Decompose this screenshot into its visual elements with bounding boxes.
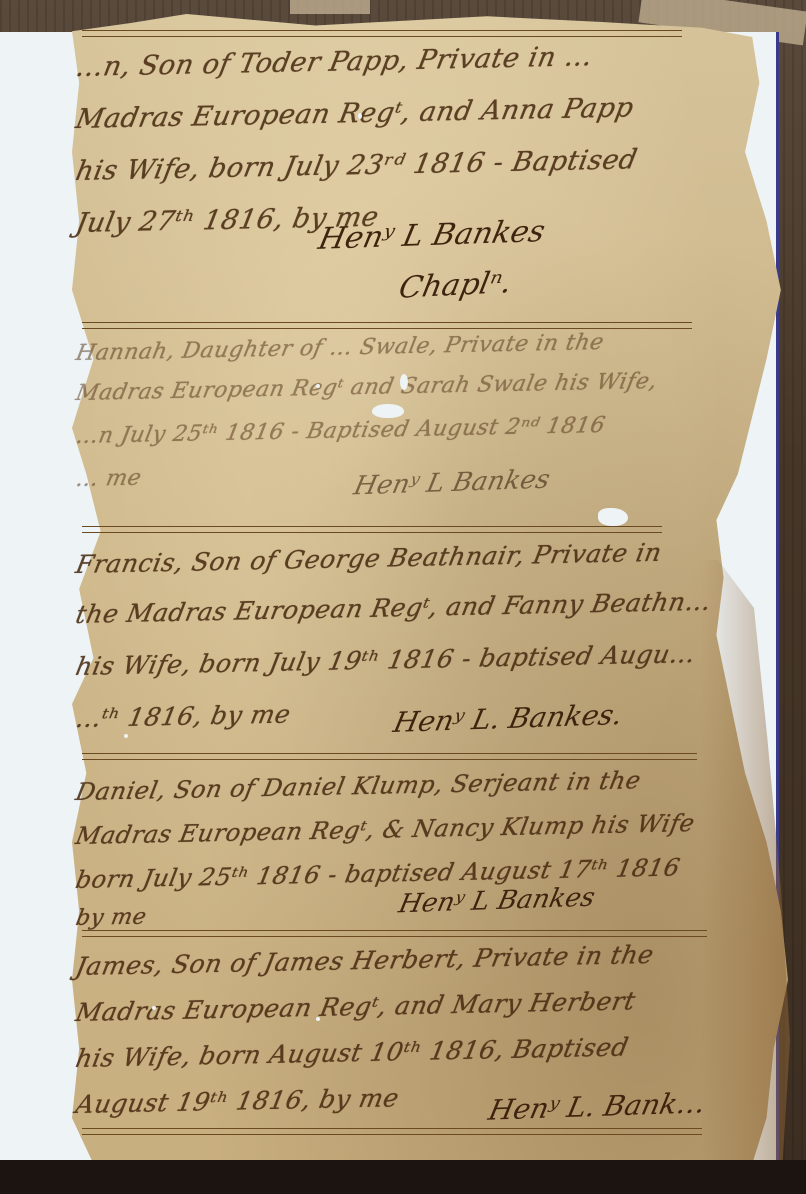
paper-hole [316, 384, 320, 388]
rule-line-5 [82, 1128, 702, 1135]
paper-hole [152, 1006, 156, 1010]
paper-hole [372, 404, 404, 418]
paper-hole [598, 508, 628, 526]
paper-hole [316, 1017, 320, 1021]
paper-hole [358, 113, 362, 119]
entry-1-chaplain-title: Chaplⁿ. [396, 265, 515, 306]
paper-hole [124, 734, 128, 738]
table-edge-shadow [0, 1160, 806, 1194]
baptism-entry-4: Daniel, Son of Daniel Klump, Serjeant in… [76, 770, 716, 936]
paper-hole [400, 374, 408, 390]
paper-scrap-top-center [290, 0, 370, 14]
